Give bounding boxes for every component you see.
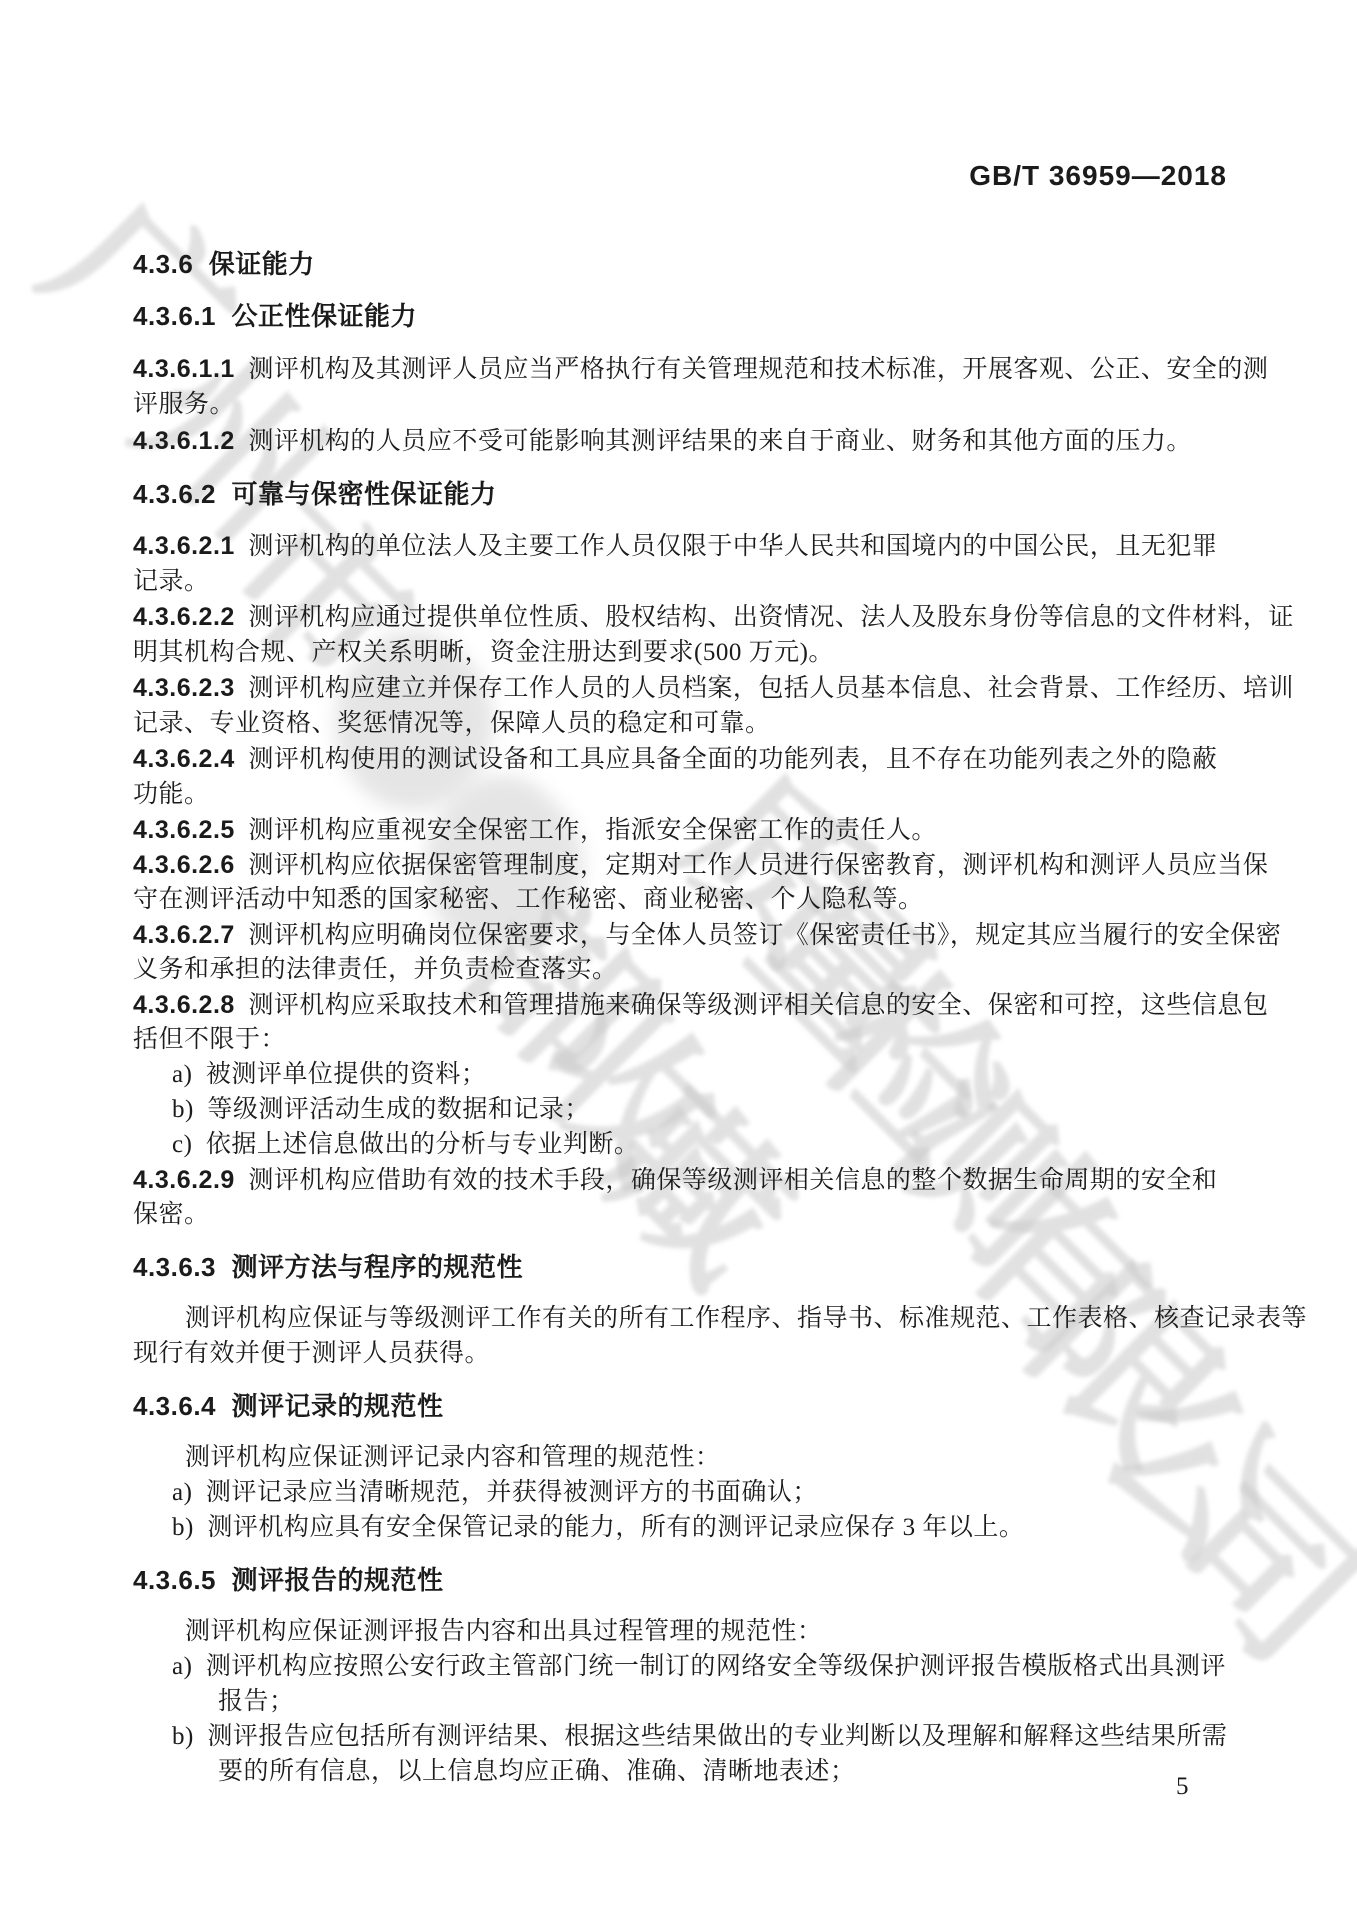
list-item-a-records: a) 测评记录应当清晰规范，并获得被测评方的书面确认； [172,1476,818,1510]
section-heading-4.3.6.3: 4.3.6.3 测评方法与程序的规范性 [133,1250,523,1284]
document-text-layer: GB/T 36959—2018 4.3.6 保证能力 4.3.6.1 公正性保证… [0,0,1357,1920]
list-item-b: b) 等级测评活动生成的数据和记录； [172,1093,590,1127]
clause-number: 4.3.6.1.2 [133,427,235,455]
list-item-b-report-line2: 要的所有信息，以上信息均应正确、准确、清晰地表述； [218,1755,856,1789]
clause-4.3.6.2.2-line2: 明其机构合规、产权关系明晰，资金注册达到要求(500 万元)。 [133,636,834,670]
clause-4.3.6.2.1-line2: 记录。 [133,565,210,599]
para-4.3.6.4-intro: 测评机构应保证测评记录内容和管理的规范性： [185,1441,721,1475]
para-4.3.6.3-line2: 现行有效并便于测评人员获得。 [133,1337,490,1371]
clause-4.3.6.1.2: 4.3.6.1.2 测评机构的人员应不受可能影响其测评结果的来自于商业、财务和其… [133,424,1192,459]
para-4.3.6.3-line1: 测评机构应保证与等级测评工作有关的所有工作程序、指导书、标准规范、工作表格、核查… [185,1302,1307,1336]
list-item-a-report-line1: a) 测评机构应按照公安行政主管部门统一制订的网络安全等级保护测评报告模版格式出… [172,1650,1226,1684]
clause-number: 4.3.6.2.8 [133,991,235,1019]
list-item-b-report-line1: b) 测评报告应包括所有测评结果、根据这些结果做出的专业判断以及理解和解释这些结… [172,1720,1227,1754]
section-heading-4.3.6.4: 4.3.6.4 测评记录的规范性 [133,1389,443,1423]
clause-4.3.6.2.6-line1: 4.3.6.2.6 测评机构应依据保密管理制度，定期对工作人员进行保密教育，测评… [133,848,1268,883]
clause-number: 4.3.6.2.6 [133,851,235,879]
list-item-c: c) 依据上述信息做出的分析与专业判断。 [172,1128,639,1162]
clause-4.3.6.2.3-line1: 4.3.6.2.3 测评机构应建立并保存工作人员的人员档案，包括人员基本信息、社… [133,671,1294,706]
clause-number: 4.3.6.2.4 [133,745,235,773]
section-heading-4.3.6.1: 4.3.6.1 公正性保证能力 [133,299,417,333]
standard-code-header: GB/T 36959—2018 [969,160,1227,192]
clause-4.3.6.2.2-line1: 4.3.6.2.2 测评机构应通过提供单位性质、股权结构、出资情况、法人及股东身… [133,600,1294,635]
clause-4.3.6.2.1-line1: 4.3.6.2.1 测评机构的单位法人及主要工作人员仅限于中华人民共和国境内的中… [133,529,1217,564]
section-heading-4.3.6: 4.3.6 保证能力 [133,247,315,281]
list-item-b-records: b) 测评机构应具有安全保管记录的能力，所有的测评记录应保存 3 年以上。 [172,1511,1024,1545]
clause-4.3.6.2.8-line2: 括但不限于： [133,1023,286,1057]
clause-4.3.6.2.5: 4.3.6.2.5 测评机构应重视安全保密工作，指派安全保密工作的责任人。 [133,813,937,848]
clause-number: 4.3.6.2.2 [133,603,235,631]
clause-4.3.6.1.1-line1: 4.3.6.1.1 测评机构及其测评人员应当严格执行有关管理规范和技术标准，开展… [133,352,1268,387]
clause-4.3.6.1.1-line2: 评服务。 [133,388,235,422]
clause-4.3.6.2.3-line2: 记录、专业资格、奖惩情况等，保障人员的稳定和可靠。 [133,707,771,741]
para-4.3.6.5-intro: 测评机构应保证测评报告内容和出具过程管理的规范性： [185,1615,823,1649]
clause-number: 4.3.6.2.3 [133,674,235,702]
document-page: 广州市部收藏质量检测有限公司 GB/T 36959—2018 4.3.6 保证能… [0,0,1357,1920]
list-item-a: a) 被测评单位提供的资料； [172,1058,486,1092]
page-number: 5 [1176,1773,1189,1801]
list-item-a-report-line2: 报告； [218,1685,295,1719]
clause-number: 4.3.6.1.1 [133,355,235,383]
clause-4.3.6.2.9-line2: 保密。 [133,1198,210,1232]
section-heading-4.3.6.2: 4.3.6.2 可靠与保密性保证能力 [133,477,496,511]
clause-4.3.6.2.4-line1: 4.3.6.2.4 测评机构使用的测试设备和工具应具备全面的功能列表，且不存在功… [133,742,1217,777]
clause-number: 4.3.6.2.9 [133,1166,235,1194]
clause-4.3.6.2.8-line1: 4.3.6.2.8 测评机构应采取技术和管理措施来确保等级测评相关信息的安全、保… [133,988,1268,1023]
clause-4.3.6.2.7-line1: 4.3.6.2.7 测评机构应明确岗位保密要求，与全体人员签订《保密责任书》，规… [133,918,1281,953]
clause-4.3.6.2.6-line2: 守在测评活动中知悉的国家秘密、工作秘密、商业秘密、个人隐私等。 [133,883,924,917]
clause-4.3.6.2.7-line2: 义务和承担的法律责任，并负责检查落实。 [133,953,618,987]
clause-number: 4.3.6.2.7 [133,921,235,949]
clause-number: 4.3.6.2.5 [133,816,235,844]
clause-number: 4.3.6.2.1 [133,532,235,560]
clause-4.3.6.2.4-line2: 功能。 [133,778,210,812]
clause-4.3.6.2.9-line1: 4.3.6.2.9 测评机构应借助有效的技术手段，确保等级测评相关信息的整个数据… [133,1163,1217,1198]
section-heading-4.3.6.5: 4.3.6.5 测评报告的规范性 [133,1563,443,1597]
